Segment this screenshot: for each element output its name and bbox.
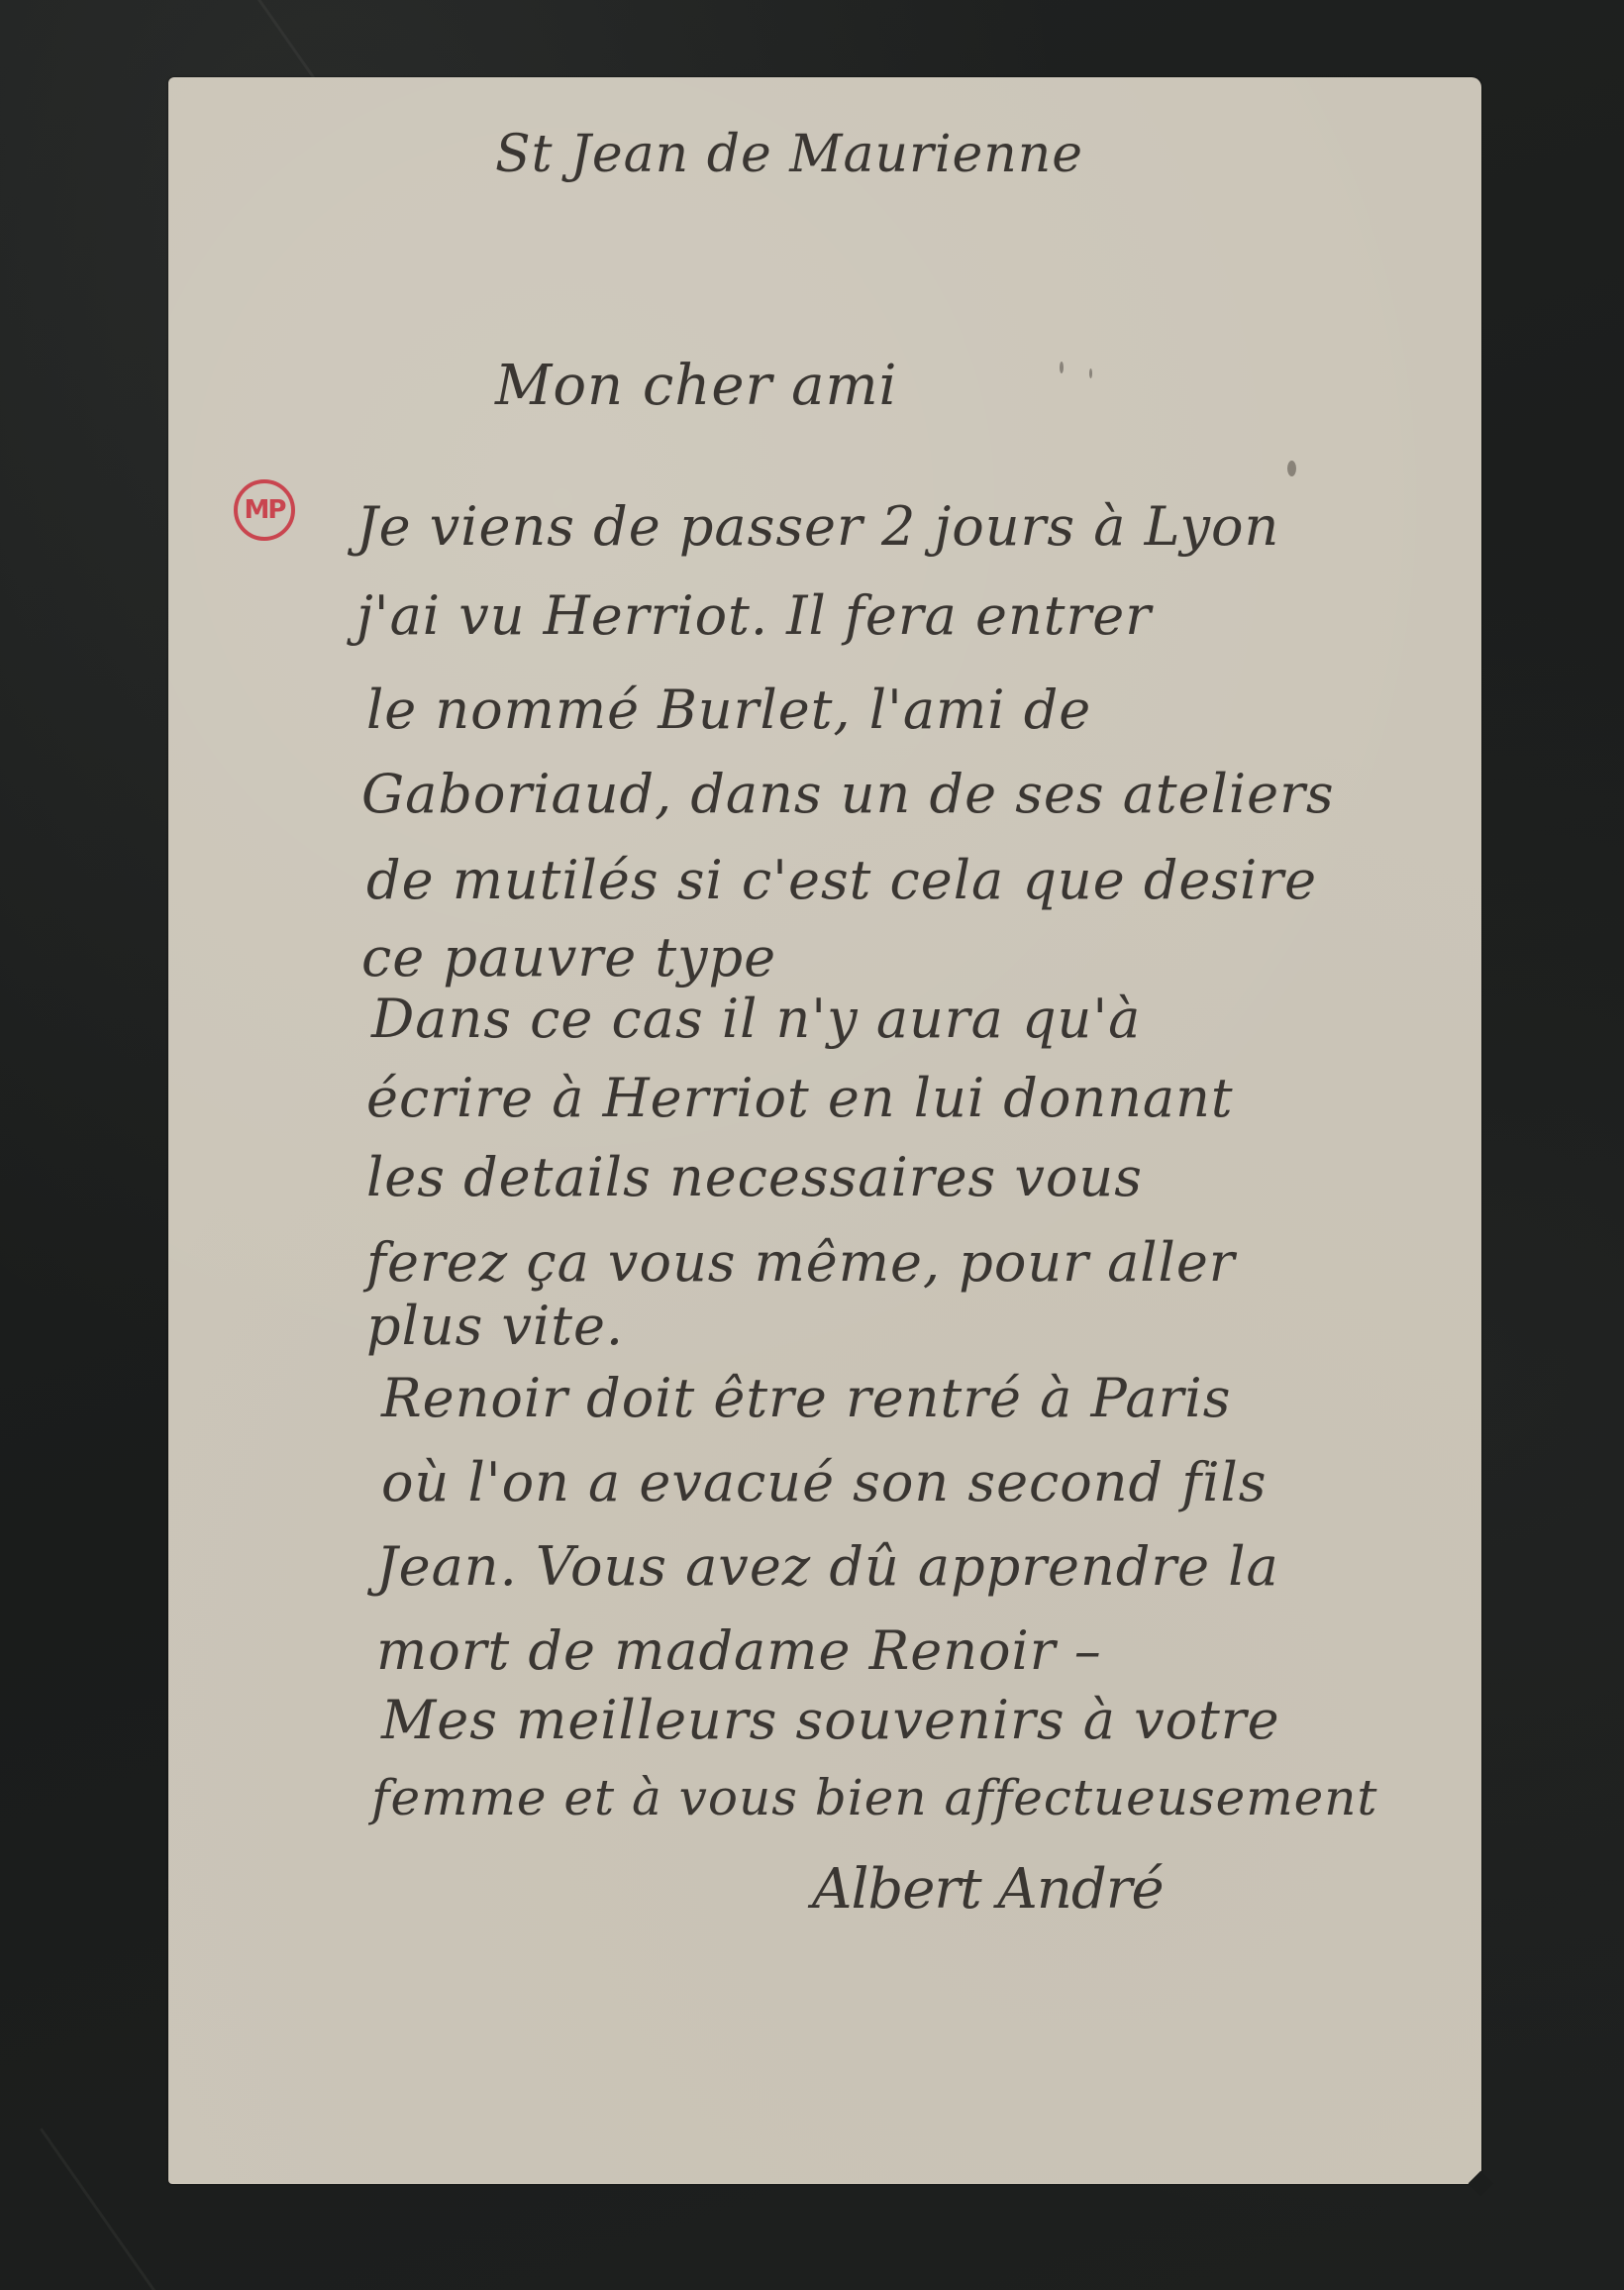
letter-salutation: Mon cher ami: [495, 359, 897, 414]
letter-line: écrire à Herriot en lui donnant: [366, 1072, 1234, 1125]
letter-line: plus vite.: [366, 1300, 624, 1353]
letter-place: St Jean de Maurienne: [495, 129, 1083, 180]
letter-line: Mes meilleurs souvenirs à votre: [381, 1694, 1280, 1747]
letter-line: le nommé Burlet, l'ami de: [366, 683, 1091, 737]
letter-line: ferez ça vous même, pour aller: [366, 1236, 1236, 1290]
letter-line: Gaboriaud, dans un de ses ateliers: [361, 768, 1335, 821]
ink-spatter: [1089, 368, 1092, 378]
ink-spatter: [1060, 362, 1064, 373]
ink-spatter: [1287, 461, 1296, 476]
stamp-text: MP: [245, 495, 285, 525]
letter-line: ce pauvre type: [361, 931, 776, 985]
letter-line: Renoir doit être rentré à Paris: [381, 1372, 1231, 1425]
letter-line: où l'on a evacué son second fils: [381, 1456, 1268, 1509]
letter-signature: Albert André: [812, 1862, 1164, 1918]
letter-line: j'ai vu Herriot. Il fera entrer: [356, 589, 1152, 643]
letter-line: Jean. Vous avez dû apprendre la: [376, 1540, 1279, 1594]
letter-line: mort de madame Renoir –: [376, 1624, 1102, 1678]
mp-collection-stamp: MP: [234, 479, 295, 541]
letter-line: Dans ce cas il n'y aura qu'à: [371, 992, 1141, 1046]
letter-line: les details necessaires vous: [366, 1151, 1143, 1204]
letter-line: Je viens de passer 2 jours à Lyon: [356, 500, 1279, 554]
letter-line: de mutilés si c'est cela que desire: [366, 854, 1317, 907]
letter-line: femme et à vous bien affectueusement: [371, 1773, 1378, 1822]
